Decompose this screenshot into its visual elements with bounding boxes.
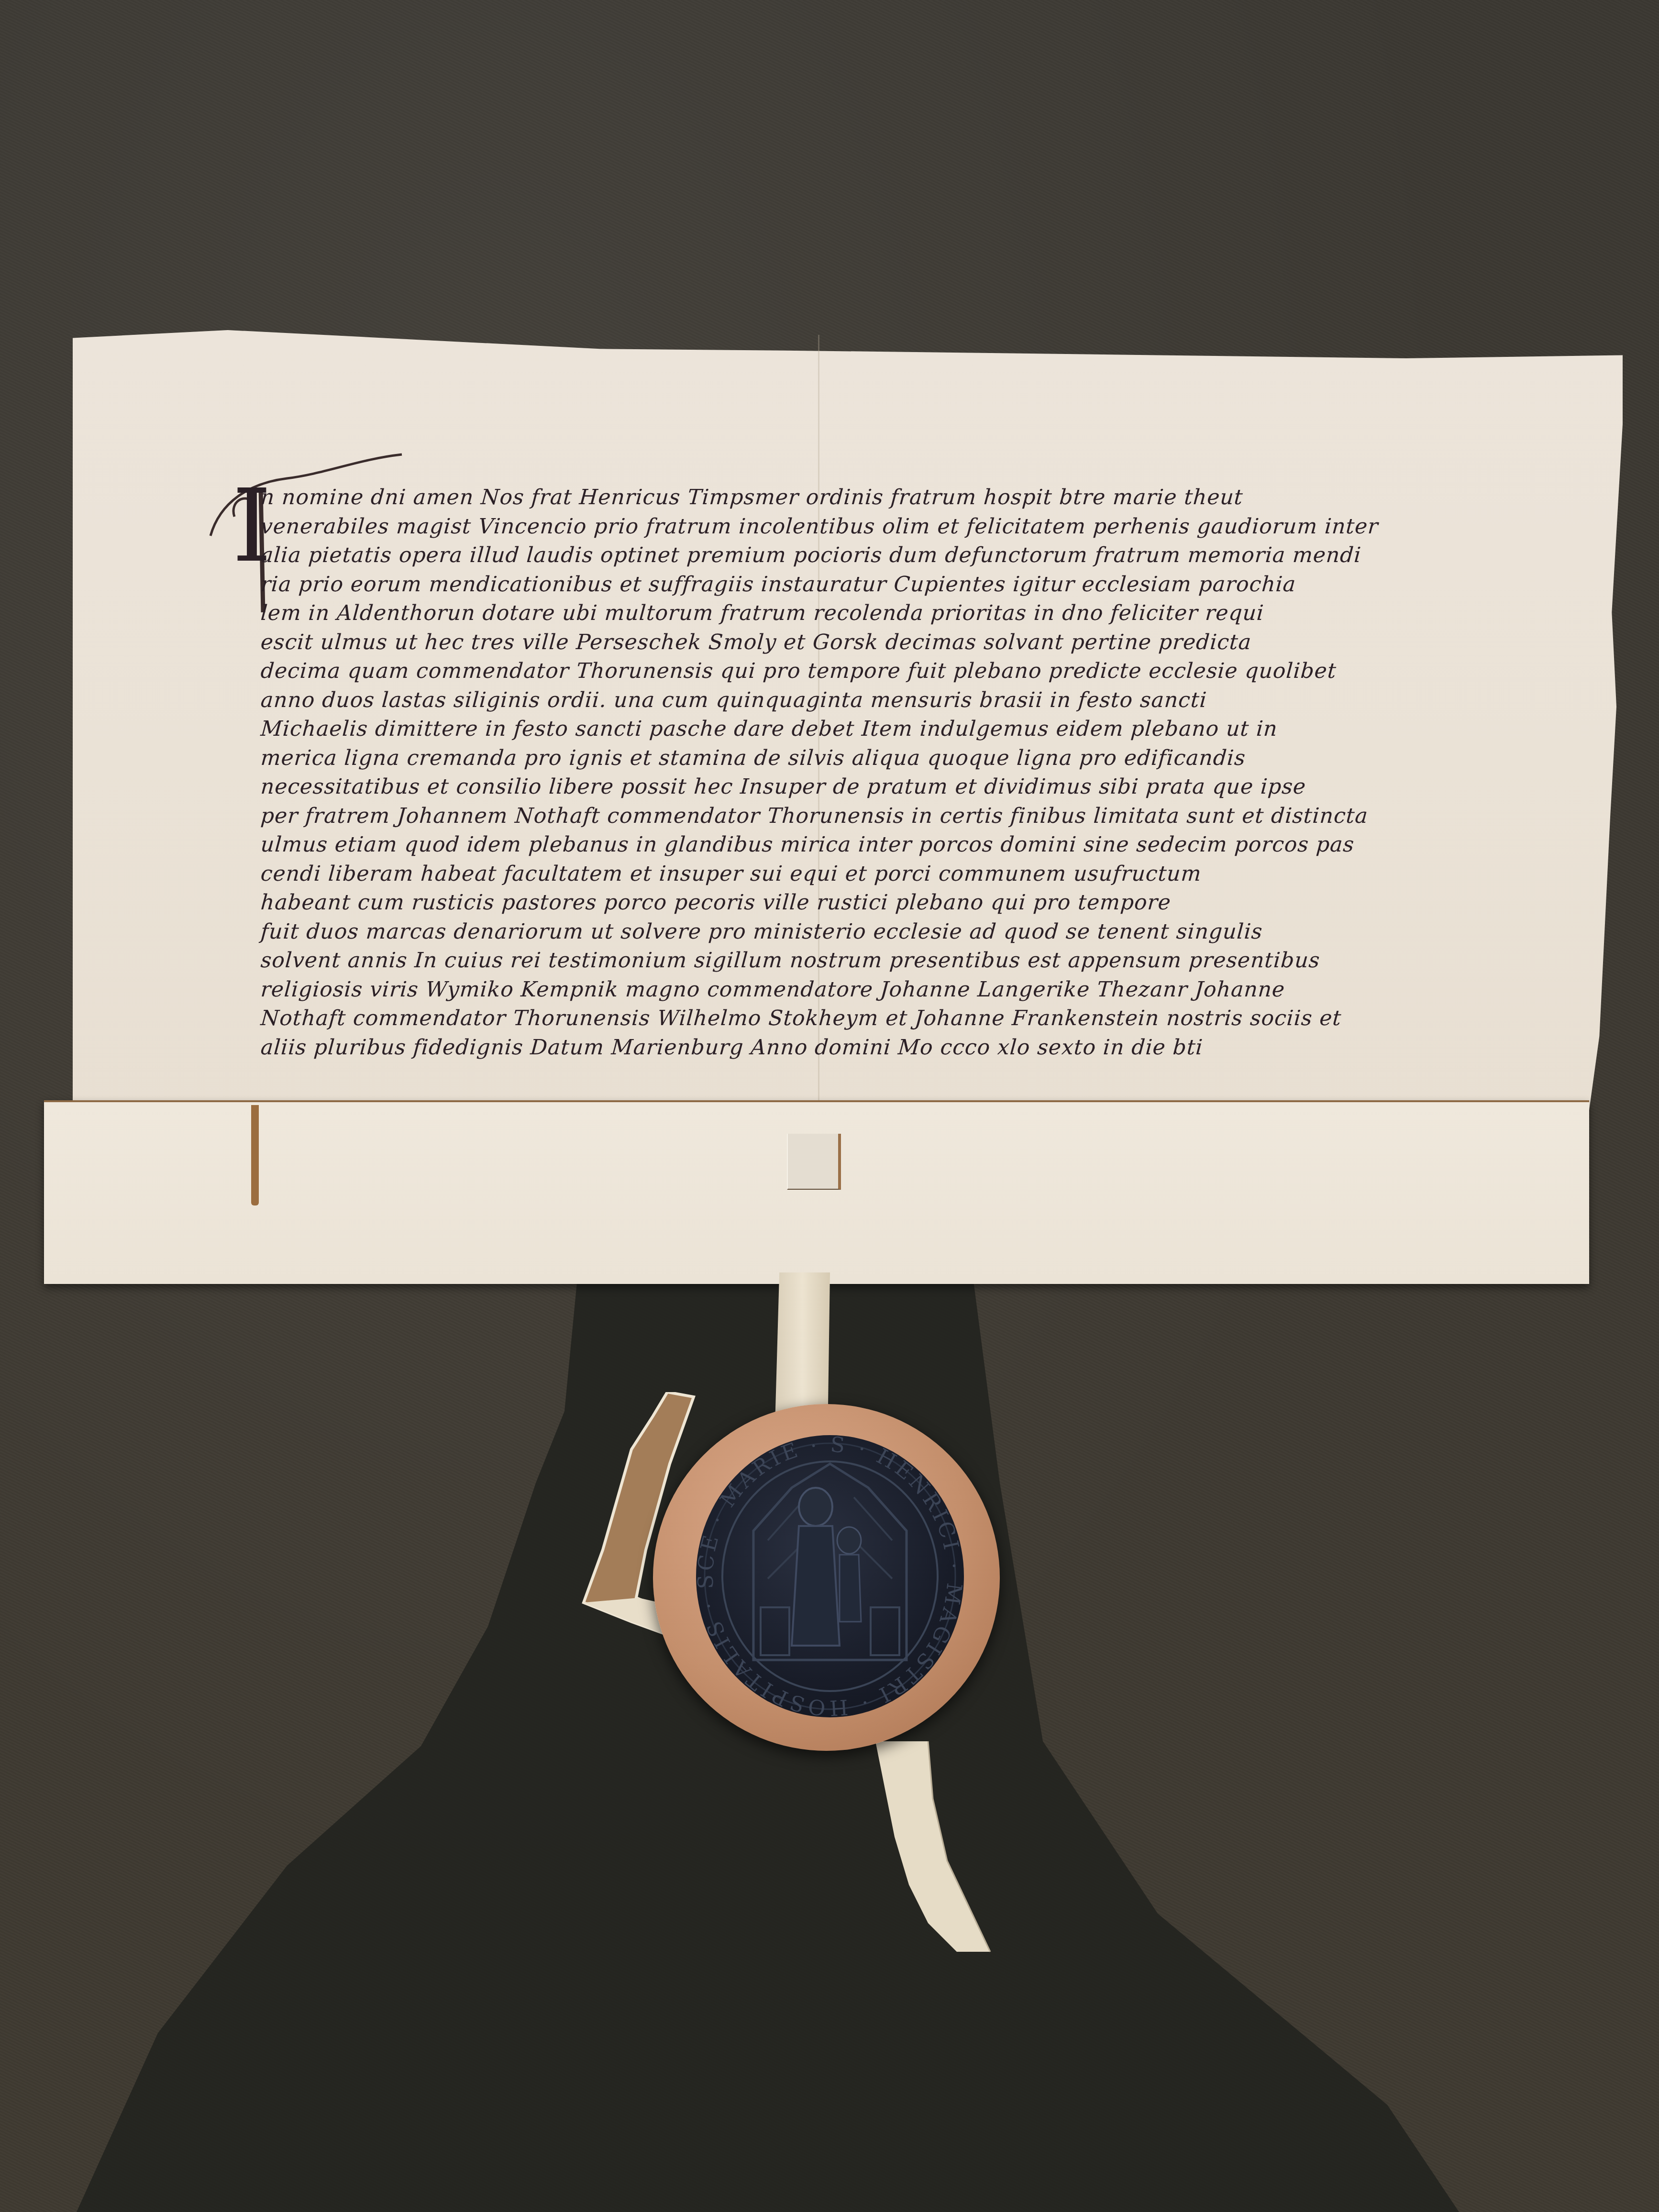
seal-strap-upper (775, 1272, 830, 1426)
seal-impression: S · HENRICI · MAGISTRI · HOSPITALIS · SC… (696, 1435, 964, 1717)
text-line: escit ulmus ut hec tres ville Perseschek… (260, 628, 1410, 657)
text-line: necessitatibus et consilio libere possit… (260, 773, 1410, 802)
text-line: anno duos lastas siliginis ordii. una cu… (260, 686, 1410, 715)
text-line: n nomine dni amen Nos frat Henricus Timp… (260, 483, 1410, 512)
seal-strap-lower (856, 1741, 1000, 1961)
seal-design-icon: S · HENRICI · MAGISTRI · HOSPITALIS · SC… (696, 1435, 964, 1717)
text-line: aliis pluribus fidedignis Datum Marienbu… (260, 1033, 1410, 1062)
text-line: alia pietatis opera illud laudis optinet… (260, 541, 1410, 570)
plica-slit (251, 1105, 259, 1206)
text-line: decima quam commendator Thorunensis qui … (260, 657, 1410, 686)
text-line: per fratrem Johannem Nothaft commendator… (260, 802, 1410, 831)
text-line: solvent annis In cuius rei testimonium s… (260, 946, 1410, 975)
text-line: ria prio eorum mendicationibus et suffra… (260, 570, 1410, 599)
text-line: Michaelis dimittere in festo sancti pasc… (260, 715, 1410, 744)
text-line: ulmus etiam quod idem plebanus in glandi… (260, 830, 1410, 860)
charter-text: n nomine dni amen Nos frat Henricus Timp… (261, 483, 1409, 1062)
text-line: venerabiles magist Vincencio prio fratru… (260, 512, 1410, 542)
text-line: merica ligna cremanda pro ignis et stami… (260, 744, 1410, 773)
text-line: lem in Aldenthorun dotare ubi multorum f… (260, 599, 1410, 628)
plica-turnup (44, 1100, 1589, 1284)
text-line: religiosis viris Wymiko Kempnik magno co… (260, 975, 1410, 1005)
strap-slot (787, 1134, 841, 1190)
text-line: habeant cum rusticis pastores porco peco… (260, 888, 1410, 918)
text-line: cendi liberam habeat facultatem et insup… (260, 860, 1410, 889)
text-line: fuit duos marcas denariorum ut solvere p… (260, 918, 1410, 947)
text-line: Nothaft commendator Thorunensis Wilhelmo… (260, 1004, 1410, 1033)
